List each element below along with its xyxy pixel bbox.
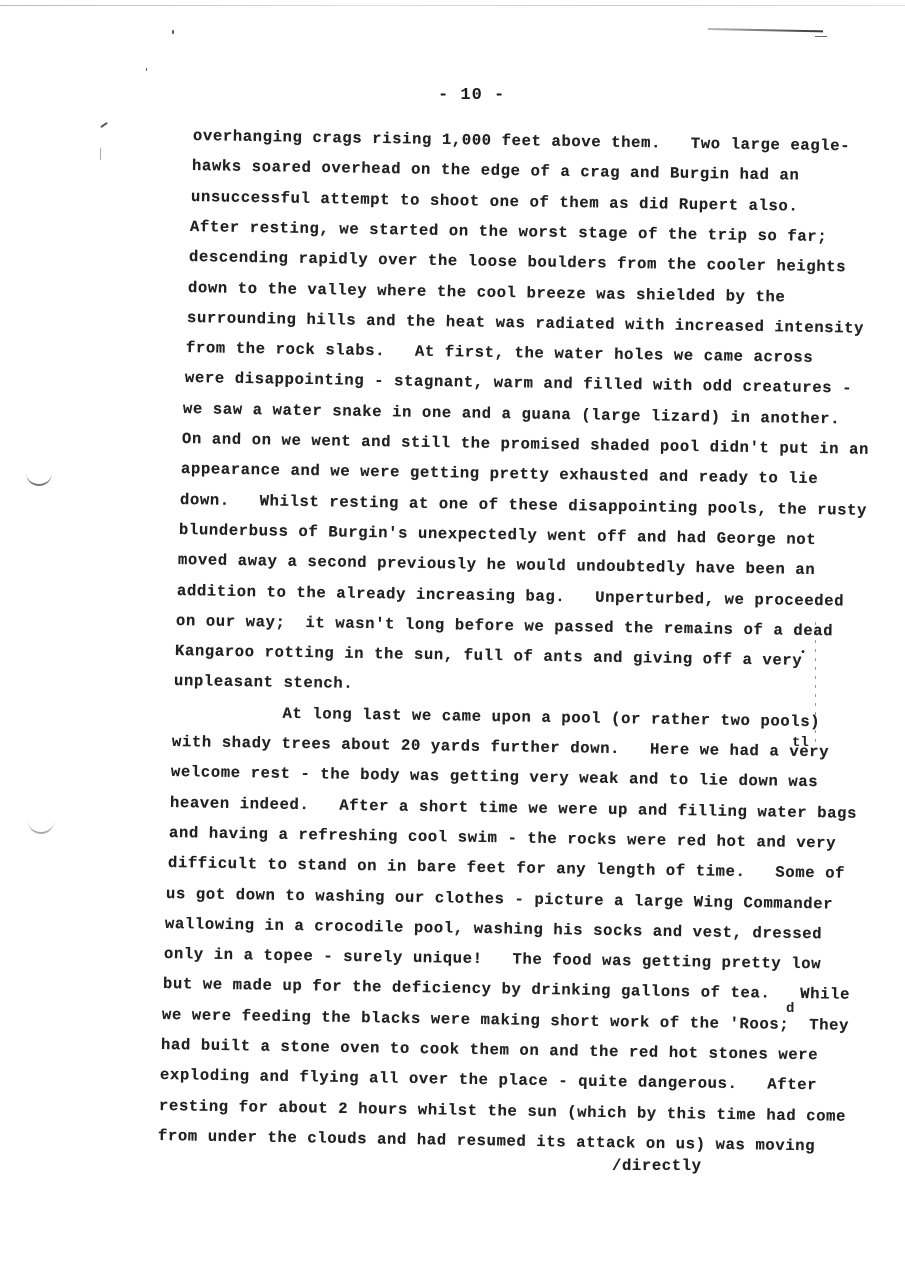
text-line: overhanging crags rising 1,000 feet abov…: [193, 127, 850, 155]
margin-speck: [100, 148, 101, 160]
catchword: /directly: [612, 1157, 702, 1175]
text-line: blunderbuss of Burgin's unexpectedly wen…: [179, 521, 817, 549]
text-line: on our way; it wasn't long before we pas…: [176, 612, 833, 640]
text-line: addition to the already increasing bag. …: [177, 582, 844, 610]
text-line: unpleasant stench.: [174, 672, 354, 693]
punch-hole-mark: [26, 470, 52, 486]
pen-stroke: [708, 28, 823, 32]
text-line: we saw a water snake in one and a guana …: [183, 400, 840, 428]
text-line: us got down to washing our clothes - pic…: [166, 885, 833, 913]
text-line: descending rapidly over the loose boulde…: [189, 248, 846, 276]
punch-hole-mark: [28, 818, 54, 834]
text-line: and having a refreshing cool swim - the …: [169, 824, 836, 852]
text-line: from under the clouds and had resumed it…: [158, 1127, 815, 1155]
text-line: down to the valley where the cool breeze…: [188, 279, 786, 306]
text-line: from the rock slabs. At first, the water…: [186, 339, 814, 367]
scan-edge: [0, 5, 905, 6]
text-line: but we made up for the deficiency by dri…: [163, 975, 850, 1004]
text-line: Kangaroo rotting in the sun, full of ant…: [175, 642, 803, 670]
text-line: At long last we came upon a pool (or rat…: [173, 703, 820, 731]
margin-mark: d: [786, 1001, 794, 1017]
text-line: surrounding hills and the heat was radia…: [187, 309, 864, 338]
margin-speck: [172, 30, 174, 34]
text-line: resting for about 2 hours whilst the sun…: [159, 1097, 846, 1126]
text-line: On and on we went and still the promised…: [182, 430, 869, 459]
text-line: difficult to stand on in bare feet for a…: [168, 854, 845, 883]
page-number: - 10 -: [438, 86, 505, 105]
text-line: hawks soared overhead on the edge of a c…: [192, 157, 800, 185]
text-line: wallowing in a crocodile pool, washing h…: [165, 915, 822, 943]
text-line: down. Whilst resting at one of these dis…: [180, 491, 867, 520]
pen-stroke: [815, 36, 827, 37]
text-line: we were feeding the blacks were making s…: [162, 1006, 849, 1035]
text-line: appearance and we were getting pretty ex…: [181, 460, 819, 488]
text-line: with shady trees about 20 yards further …: [172, 733, 829, 761]
margin-mark: tl: [792, 735, 809, 751]
text-line: heaven indeed. After a short time we wer…: [170, 794, 857, 823]
text-line: exploding and flying all over the place …: [160, 1066, 817, 1094]
text-line: moved away a second previously he would …: [178, 551, 816, 579]
text-line: had built a stone oven to cook them on a…: [161, 1036, 818, 1064]
text-line: were disappointing - stagnant, warm and …: [185, 369, 852, 397]
margin-speck: [146, 68, 147, 71]
margin-mark: •: [800, 648, 806, 659]
margin-speck: [100, 122, 108, 128]
text-line: only in a topee - surely unique! The foo…: [164, 945, 821, 973]
text-line: welcome rest - the body was getting very…: [171, 763, 818, 791]
text-line: unsuccessful attempt to shoot one of the…: [191, 188, 799, 216]
text-line: After resting, we started on the worst s…: [190, 218, 828, 246]
